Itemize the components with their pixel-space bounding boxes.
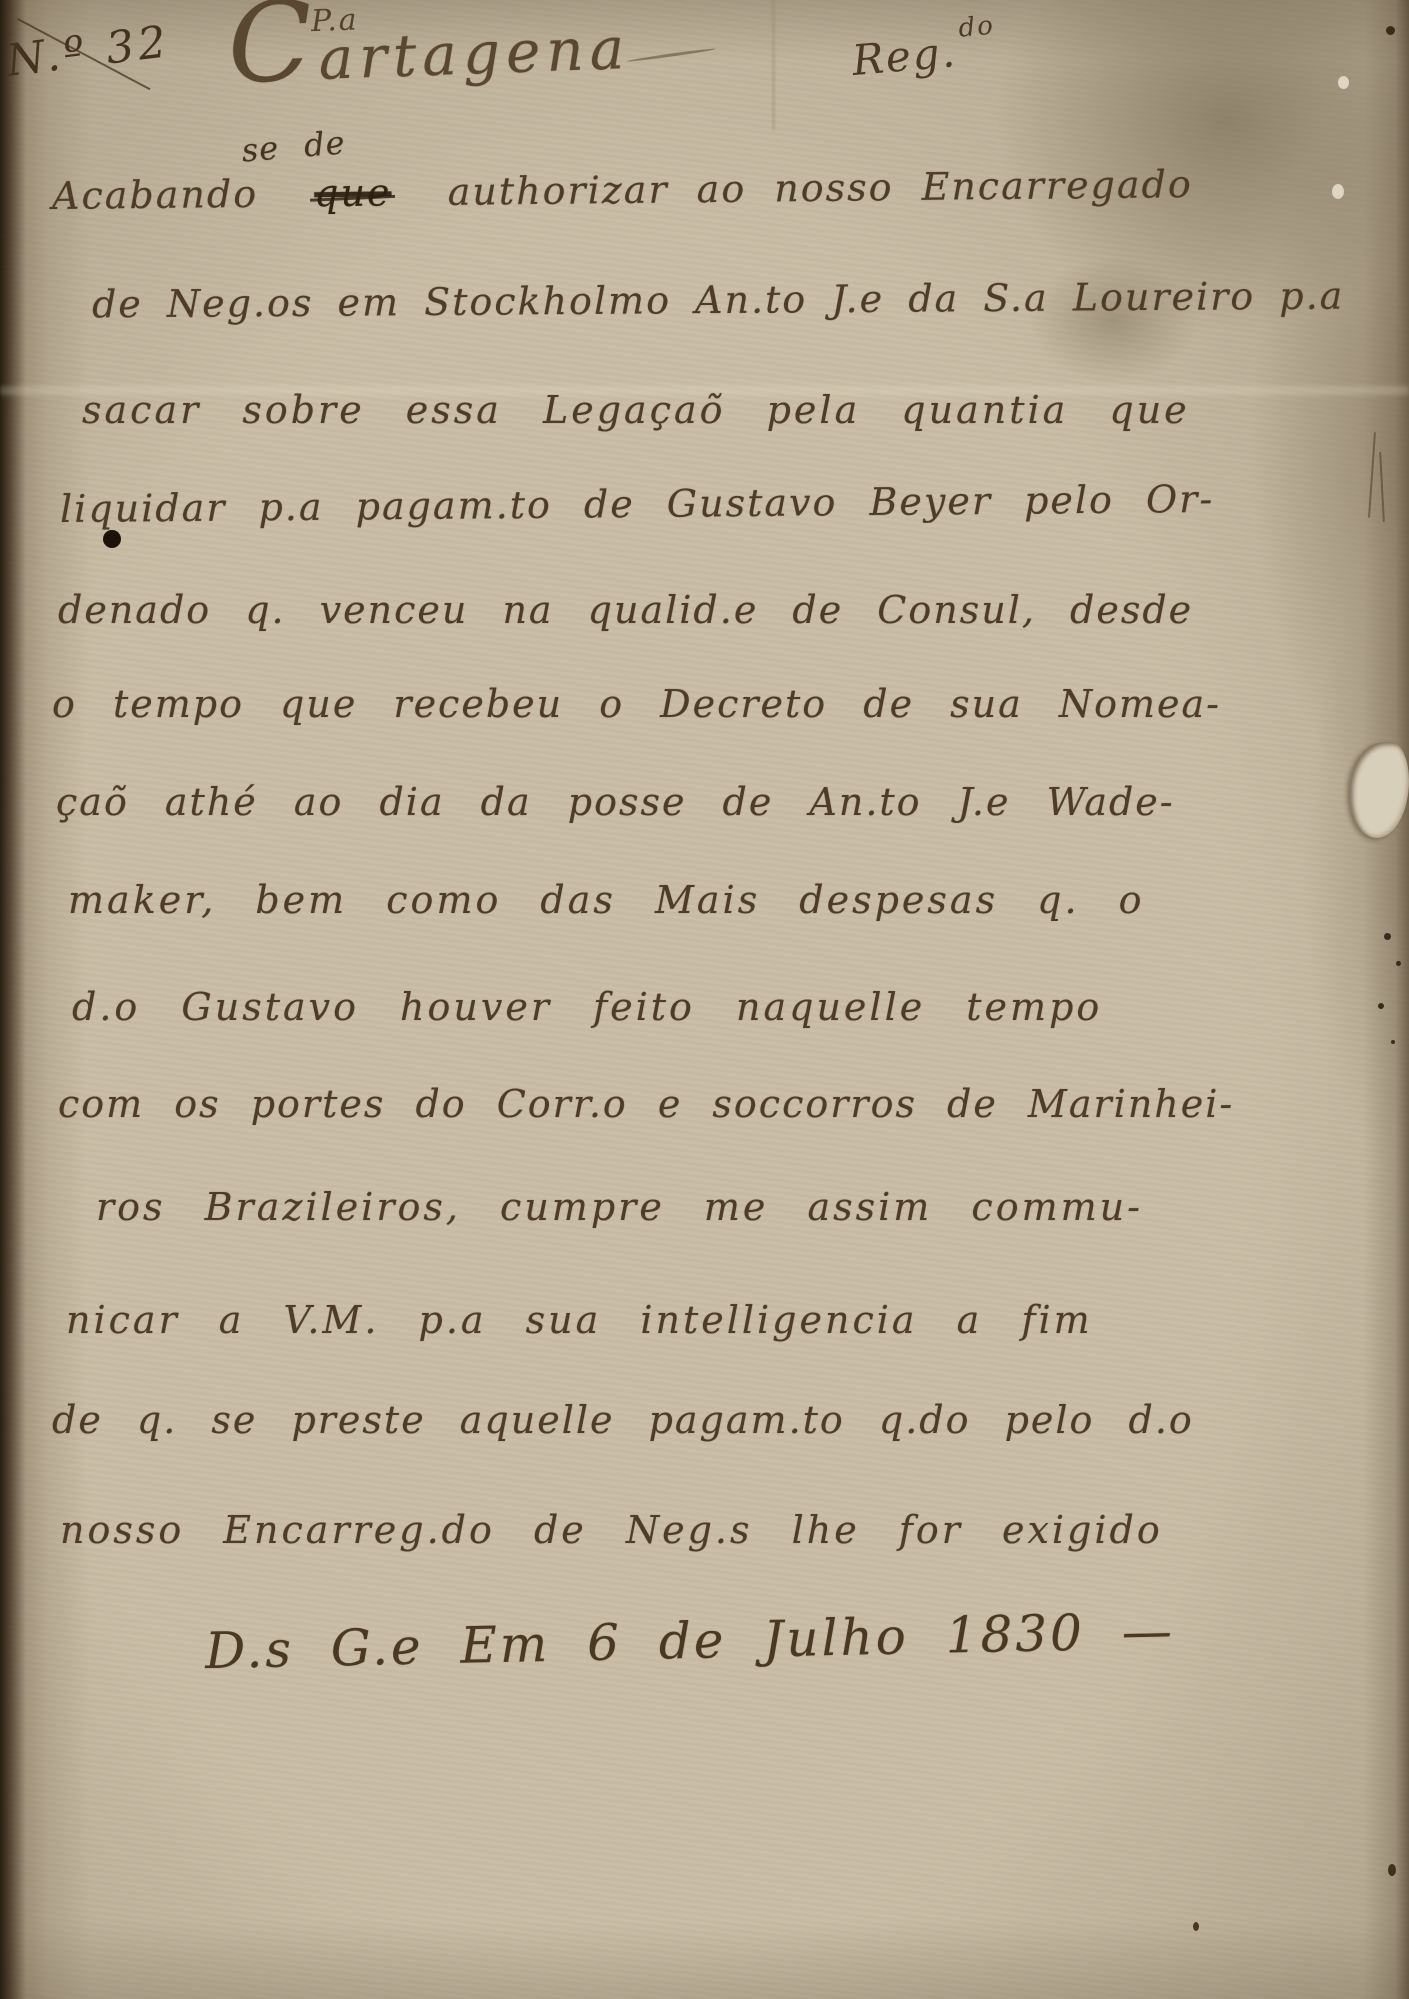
line1-inserted-word: se de bbox=[240, 123, 347, 169]
manuscript-line: ros Brazileiros, cumpre me assim commu- bbox=[96, 1185, 1143, 1229]
manuscript-line: Acabando que authorizar ao nosso Encarre… bbox=[52, 162, 1193, 218]
manuscript-line: d.o Gustavo houver feito naquelle tempo bbox=[72, 985, 1102, 1029]
manuscript-line: sacar sobre essa Legaçaõ pela quantia qu… bbox=[82, 388, 1190, 432]
ink-speck bbox=[1391, 1040, 1395, 1044]
date-line: D.s G.e Em 6 de Julho 1830 — bbox=[204, 1602, 1175, 1680]
paper-tear bbox=[1350, 742, 1409, 838]
registry-number: N.º 32 bbox=[4, 16, 173, 87]
manuscript-line: com os portes do Corr.o e soccorros de M… bbox=[58, 1082, 1234, 1126]
flourish-stroke bbox=[627, 47, 717, 62]
paper-chip bbox=[1338, 76, 1349, 89]
ink-blot bbox=[103, 530, 121, 548]
destination-superscript: P.a bbox=[310, 2, 359, 39]
manuscript-page: N.º 32 P.a Cartagena Reg.do Acabando que… bbox=[0, 0, 1409, 1999]
registered-annotation: Reg.do bbox=[850, 24, 995, 85]
line1-start: Acabando bbox=[52, 172, 258, 218]
manuscript-line: nicar a V.M. p.a sua intelligencia a fim bbox=[66, 1298, 1093, 1342]
ink-speck bbox=[1388, 1864, 1396, 1876]
manuscript-line: denado q. venceu na qualid.e de Consul, … bbox=[58, 588, 1193, 632]
manuscript-line: maker, bem como das Mais despesas q. o bbox=[68, 878, 1145, 922]
ink-speck bbox=[1384, 933, 1391, 940]
manuscript-line: de q. se preste aquelle pagam.to q.do pe… bbox=[52, 1398, 1194, 1442]
ink-speck bbox=[1386, 26, 1395, 35]
ink-speck bbox=[1193, 1922, 1199, 1931]
registered-superscript: do bbox=[957, 11, 996, 44]
paper-chip bbox=[1332, 184, 1344, 199]
manuscript-line: nosso Encarreg.do de Neg.s lhe for exigi… bbox=[60, 1508, 1163, 1552]
registered-abbrev: Reg. bbox=[850, 27, 959, 85]
manuscript-line: çaõ athé ao dia da posse de An.to J.e Wa… bbox=[56, 780, 1175, 824]
line1-rest: authorizar ao nosso Encarregado bbox=[447, 162, 1192, 214]
line1-struck-word: que bbox=[314, 170, 392, 215]
manuscript-line: o tempo que recebeu o Decreto de sua Nom… bbox=[52, 682, 1221, 726]
ink-speck bbox=[1396, 961, 1401, 966]
edge-scratch bbox=[1368, 432, 1376, 518]
ink-speck bbox=[1378, 1003, 1384, 1009]
manuscript-line: de Neg.os em Stockholmo An.to J.e da S.a… bbox=[92, 274, 1345, 327]
destination-name: Cartagena bbox=[227, 0, 632, 96]
manuscript-line: liquidar p.a pagam.to de Gustavo Beyer p… bbox=[60, 477, 1215, 531]
despatch-destination: P.a Cartagena bbox=[227, 0, 632, 96]
edge-scratch bbox=[1379, 452, 1385, 522]
vertical-fold-mark bbox=[772, 0, 775, 130]
